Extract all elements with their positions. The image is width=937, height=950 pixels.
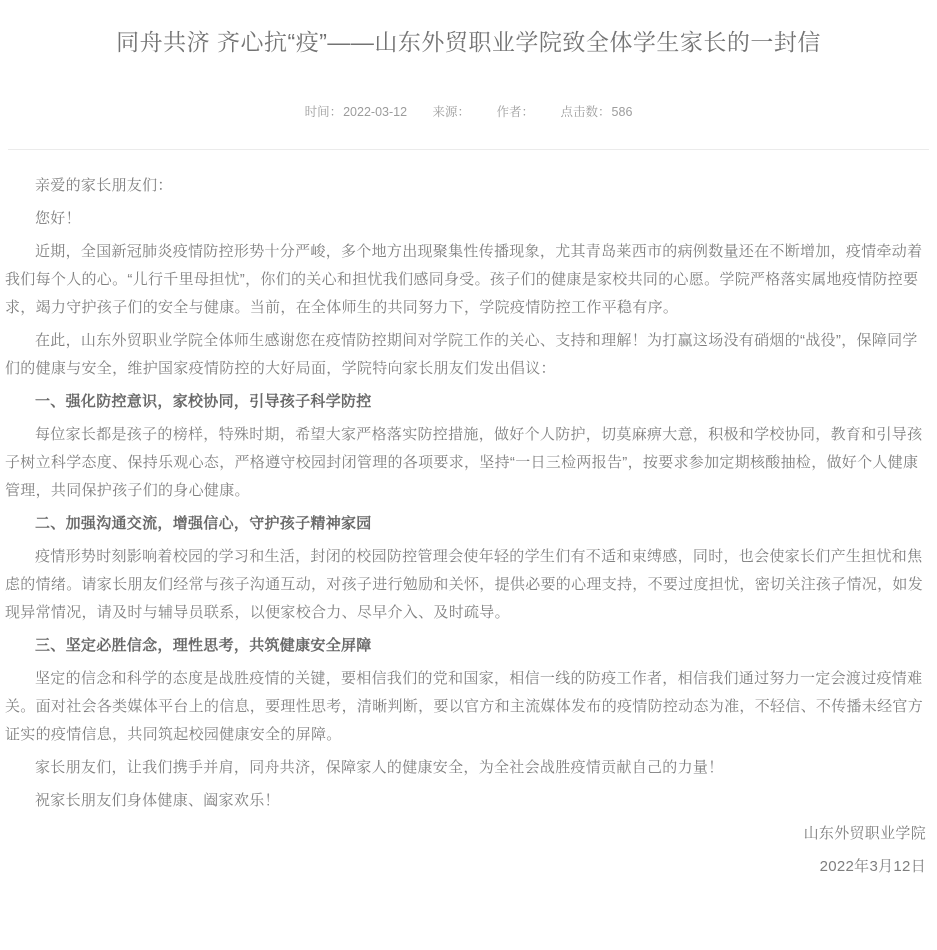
paragraph: 每位家长都是孩子的榜样，特殊时期，希望大家严格落实防控措施，做好个人防护，切莫麻… xyxy=(5,421,926,505)
meta-source-label: 来源： xyxy=(433,105,471,119)
meta-author-label: 作者： xyxy=(497,105,535,119)
paragraph: 近期，全国新冠肺炎疫情防控形势十分严峻，多个地方出现聚集性传播现象，尤其青岛莱西… xyxy=(5,238,926,322)
paragraph: 您好！ xyxy=(5,205,926,233)
article-body: 亲爱的家长朋友们：您好！近期，全国新冠肺炎疫情防控形势十分严峻，多个地方出现聚集… xyxy=(0,150,937,881)
meta-clicks-label: 点击数： xyxy=(561,105,611,119)
meta-time: 时间：2022-03-12 xyxy=(305,105,407,119)
paragraph-container: 亲爱的家长朋友们：您好！近期，全国新冠肺炎疫情防控形势十分严峻，多个地方出现聚集… xyxy=(5,172,926,815)
paragraph: 亲爱的家长朋友们： xyxy=(5,172,926,200)
article-page: 同舟共济 齐心抗“疫”——山东外贸职业学院致全体学生家长的一封信 时间：2022… xyxy=(0,0,937,950)
article-header: 同舟共济 齐心抗“疫”——山东外贸职业学院致全体学生家长的一封信 时间：2022… xyxy=(0,0,937,150)
article-meta: 时间：2022-03-12 来源： 作者： 点击数：586 xyxy=(0,102,937,120)
section-heading: 一、强化防控意识，家校协同，引导孩子科学防控 xyxy=(5,388,926,416)
signature: 山东外贸职业学院 xyxy=(5,820,926,848)
paragraph: 家长朋友们，让我们携手并肩，同舟共济，保障家人的健康安全，为全社会战胜疫情贡献自… xyxy=(5,754,926,782)
meta-clicks-value: 586 xyxy=(612,105,633,119)
meta-source: 来源： xyxy=(433,105,472,119)
paragraph: 疫情形势时刻影响着校园的学习和生活，封闭的校园防控管理会使年轻的学生们有不适和束… xyxy=(5,543,926,627)
meta-author: 作者： xyxy=(497,105,536,119)
section-heading: 三、坚定必胜信念，理性思考，共筑健康安全屏障 xyxy=(5,632,926,660)
paragraph: 在此，山东外贸职业学院全体师生感谢您在疫情防控期间对学院工作的关心、支持和理解！… xyxy=(5,327,926,383)
meta-clicks: 点击数：586 xyxy=(561,105,633,119)
page-title: 同舟共济 齐心抗“疫”——山东外贸职业学院致全体学生家长的一封信 xyxy=(0,26,937,58)
signature-date: 2022年3月12日 xyxy=(5,853,926,881)
meta-time-label: 时间： xyxy=(305,105,343,119)
section-heading: 二、加强沟通交流，增强信心，守护孩子精神家园 xyxy=(5,510,926,538)
meta-time-value: 2022-03-12 xyxy=(343,105,407,119)
paragraph: 坚定的信念和科学的态度是战胜疫情的关键，要相信我们的党和国家，相信一线的防疫工作… xyxy=(5,665,926,749)
paragraph: 祝家长朋友们身体健康、阖家欢乐！ xyxy=(5,787,926,815)
